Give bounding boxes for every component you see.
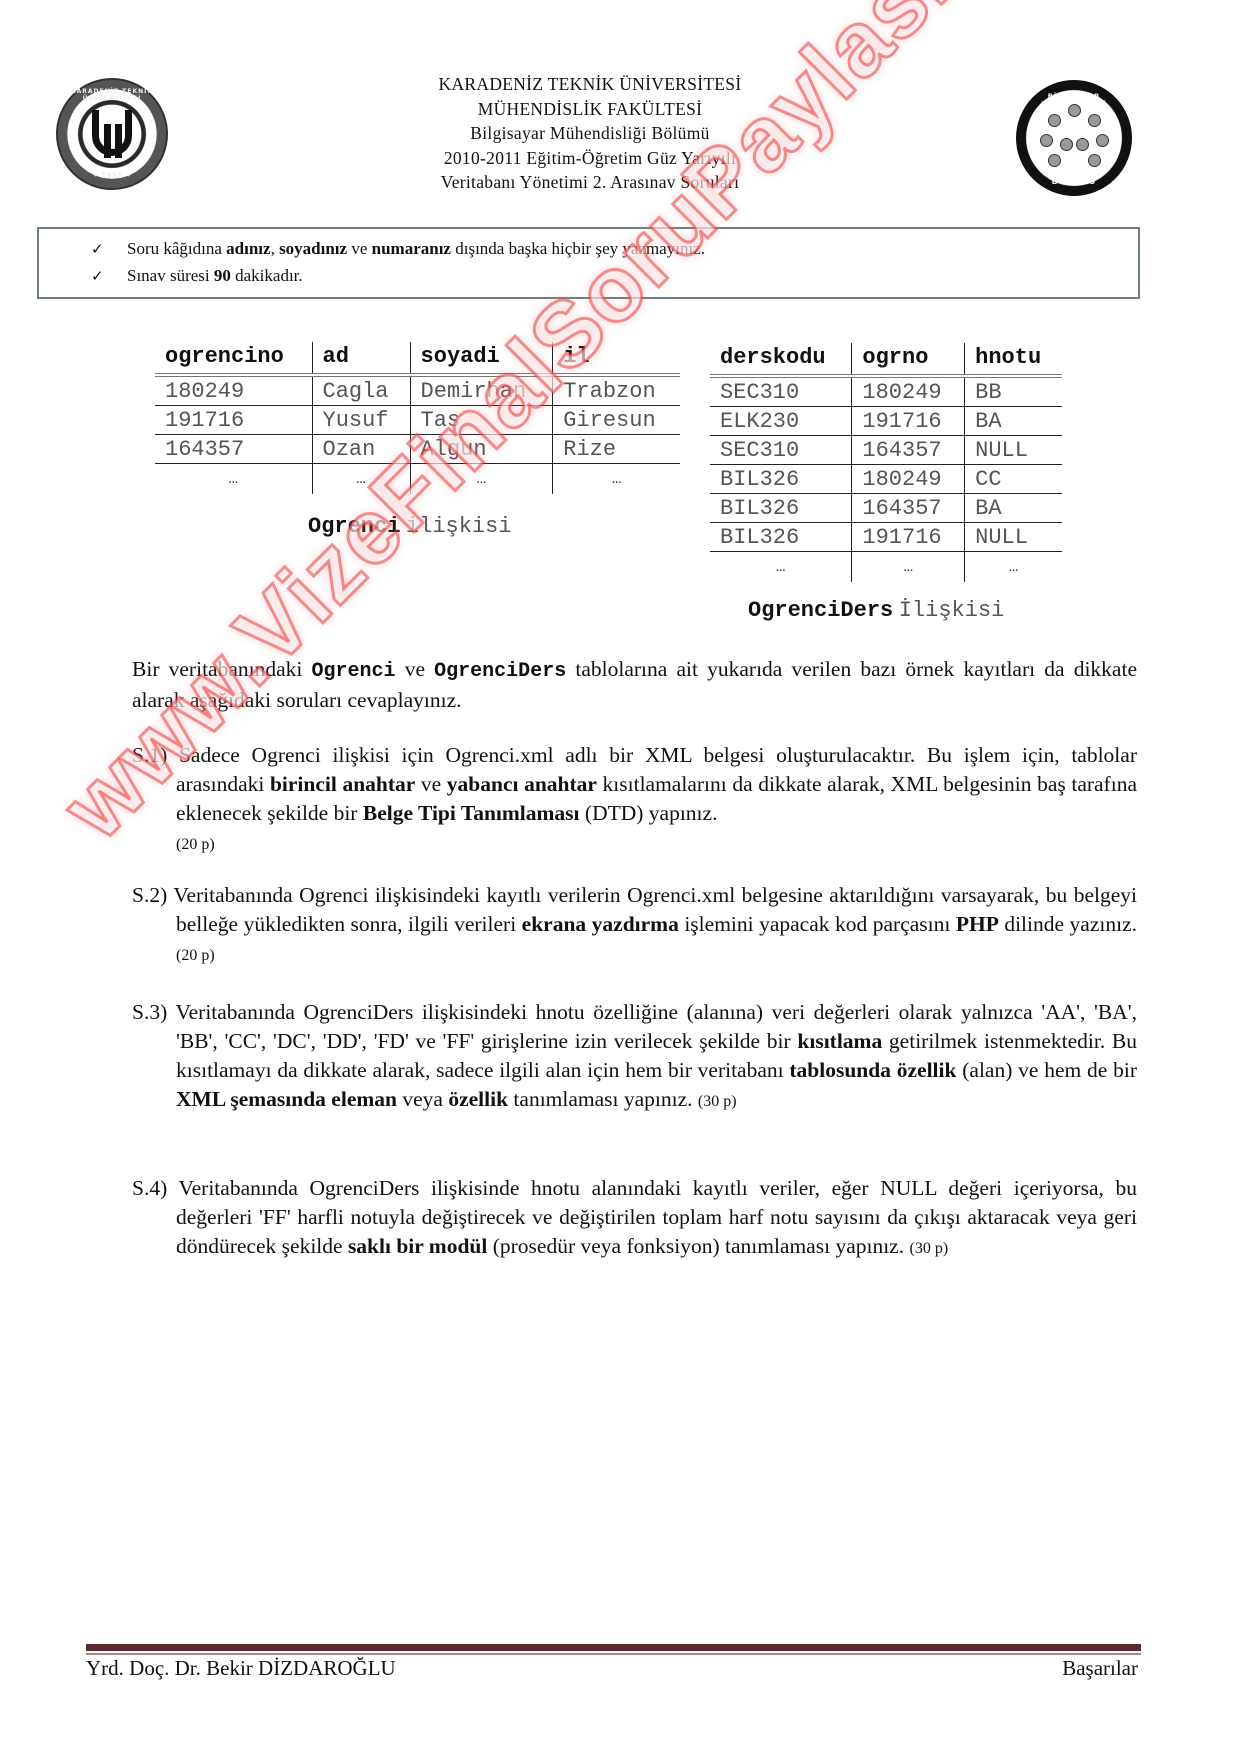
- table-row: SEC310164357NULL: [710, 436, 1062, 465]
- table-cell: Giresun: [553, 406, 680, 435]
- intro-paragraph: Bir veritabanındaki Ogrenci ve OgrenciDe…: [132, 655, 1137, 715]
- table-cell: CC: [965, 465, 1062, 494]
- column-header: ogrencino: [155, 342, 312, 375]
- table-cell: BIL326: [710, 523, 852, 552]
- table-cell: SEC310: [710, 436, 852, 465]
- question-points: (20 p): [176, 947, 215, 964]
- table-cell: 164357: [852, 436, 965, 465]
- table-cell: BA: [965, 407, 1062, 436]
- ellipsis-cell: …: [312, 464, 410, 495]
- ogrenci-table: ogrencinoadsoyadiil 180249CaglaDemirhanT…: [155, 342, 680, 494]
- question-number: S.4): [132, 1176, 167, 1200]
- table-row: ELK230191716BA: [710, 407, 1062, 436]
- ellipsis-cell: …: [553, 464, 680, 495]
- table-row: SEC310180249BB: [710, 376, 1062, 407]
- table-cell: BB: [965, 376, 1062, 407]
- table-cell: 164357: [852, 494, 965, 523]
- table-row-ellipsis: ………: [710, 552, 1062, 583]
- table-cell: BA: [965, 494, 1062, 523]
- footer-closing: Başarılar: [1062, 1656, 1138, 1681]
- table-cell: Tas: [410, 406, 553, 435]
- ellipsis-cell: …: [852, 552, 965, 583]
- footer-divider: [86, 1644, 1141, 1651]
- column-header: hnotu: [965, 343, 1062, 376]
- question-2: S.2) Veritabanında Ogrenci ilişkisindeki…: [132, 881, 1137, 970]
- logo-ring-bottom: BÖLÜMÜ: [1018, 177, 1130, 186]
- table-cell: NULL: [965, 436, 1062, 465]
- department-logo: BİLGİSAYAR MÜHENDİSLİĞİ BÖLÜMÜ: [1016, 80, 1132, 196]
- table-row: BIL326180249CC: [710, 465, 1062, 494]
- university-logo: KARADENİZ TEKNİK ÜNİVERSİTESİ • 1955 •: [56, 78, 168, 190]
- department-name: Bilgisayar Mühendisliği Bölümü: [340, 121, 840, 146]
- table-cell: 191716: [852, 523, 965, 552]
- table-cell: BIL326: [710, 465, 852, 494]
- question-points: (30 p): [698, 1093, 737, 1110]
- question-number: S.1): [132, 743, 167, 767]
- instruction-item: ✓Soru kâğıdına adınız, soyadınız ve numa…: [91, 239, 705, 259]
- document-header: KARADENİZ TEKNİK ÜNİVERSİTESİ MÜHENDİSLİ…: [340, 72, 840, 195]
- faculty-name: MÜHENDİSLİK FAKÜLTESİ: [340, 97, 840, 122]
- table-row: 180249CaglaDemirhanTrabzon: [155, 375, 680, 406]
- ogrenciders-table-caption: OgrenciDers İlişkisi: [748, 596, 1004, 623]
- table-row-ellipsis: …………: [155, 464, 680, 495]
- question-number: S.2): [132, 883, 167, 907]
- checkmark-icon: ✓: [91, 240, 127, 258]
- logo-year: • 1955 •: [58, 171, 166, 180]
- table-cell: 180249: [852, 376, 965, 407]
- table-cell: NULL: [965, 523, 1062, 552]
- table-cell: Ozan: [312, 435, 410, 464]
- question-3: S.3) Veritabanında OgrenciDers ilişkisin…: [132, 998, 1137, 1116]
- footer-author: Yrd. Doç. Dr. Bekir DİZDAROĞLU: [86, 1656, 396, 1681]
- ellipsis-cell: …: [965, 552, 1062, 583]
- footer-divider-thin: [86, 1653, 1141, 1655]
- table-row: 191716YusufTasGiresun: [155, 406, 680, 435]
- ogrenciders-table: derskoduogrnohnotu SEC310180249BBELK2301…: [710, 343, 1062, 582]
- question-points: (30 p): [909, 1240, 948, 1257]
- question-4: S.4) Veritabanında OgrenciDers ilişkisin…: [132, 1174, 1137, 1263]
- table-header-row: derskoduogrnohnotu: [710, 343, 1062, 376]
- column-header: soyadi: [410, 342, 553, 375]
- table-cell: Cagla: [312, 375, 410, 406]
- table-cell: Rize: [553, 435, 680, 464]
- question-1: S.1) Sadece Ogrenci ilişkisi için Ogrenc…: [132, 741, 1137, 859]
- table-cell: Yusuf: [312, 406, 410, 435]
- table-cell: ELK230: [710, 407, 852, 436]
- table-row: 164357OzanAlgunRize: [155, 435, 680, 464]
- table-cell: Algun: [410, 435, 553, 464]
- question-points: (20 p): [176, 836, 215, 853]
- logo-emblem: [92, 110, 132, 156]
- table-cell: 180249: [155, 375, 312, 406]
- instruction-item: ✓Sınav süresi 90 dakikadır.: [91, 266, 303, 286]
- table-cell: Trabzon: [553, 375, 680, 406]
- column-header: derskodu: [710, 343, 852, 376]
- exam-title: Veritabanı Yönetimi 2. Arasınav Soruları: [340, 170, 840, 195]
- column-header: ogrno: [852, 343, 965, 376]
- university-name: KARADENİZ TEKNİK ÜNİVERSİTESİ: [340, 72, 840, 97]
- table-row: BIL326164357BA: [710, 494, 1062, 523]
- logo-ring-text: KARADENİZ TEKNİK ÜNİVERSİTESİ: [58, 88, 166, 102]
- instructions-box: ✓Soru kâğıdına adınız, soyadınız ve numa…: [37, 227, 1140, 299]
- checkmark-icon: ✓: [91, 267, 127, 285]
- table-header-row: ogrencinoadsoyadiil: [155, 342, 680, 375]
- table-row: BIL326191716NULL: [710, 523, 1062, 552]
- ellipsis-cell: …: [710, 552, 852, 583]
- column-header: il: [553, 342, 680, 375]
- academic-term: 2010-2011 Eğitim-Öğretim Güz Yarıyılı: [340, 146, 840, 171]
- table-cell: 164357: [155, 435, 312, 464]
- ellipsis-cell: …: [155, 464, 312, 495]
- table-cell: 191716: [852, 407, 965, 436]
- column-header: ad: [312, 342, 410, 375]
- table-cell: 180249: [852, 465, 965, 494]
- table-cell: SEC310: [710, 376, 852, 407]
- table-cell: Demirhan: [410, 375, 553, 406]
- question-number: S.3): [132, 1000, 167, 1024]
- table-cell: BIL326: [710, 494, 852, 523]
- ogrenci-table-caption: Ogrenci ilişkisi: [308, 512, 512, 539]
- table-cell: 191716: [155, 406, 312, 435]
- ellipsis-cell: …: [410, 464, 553, 495]
